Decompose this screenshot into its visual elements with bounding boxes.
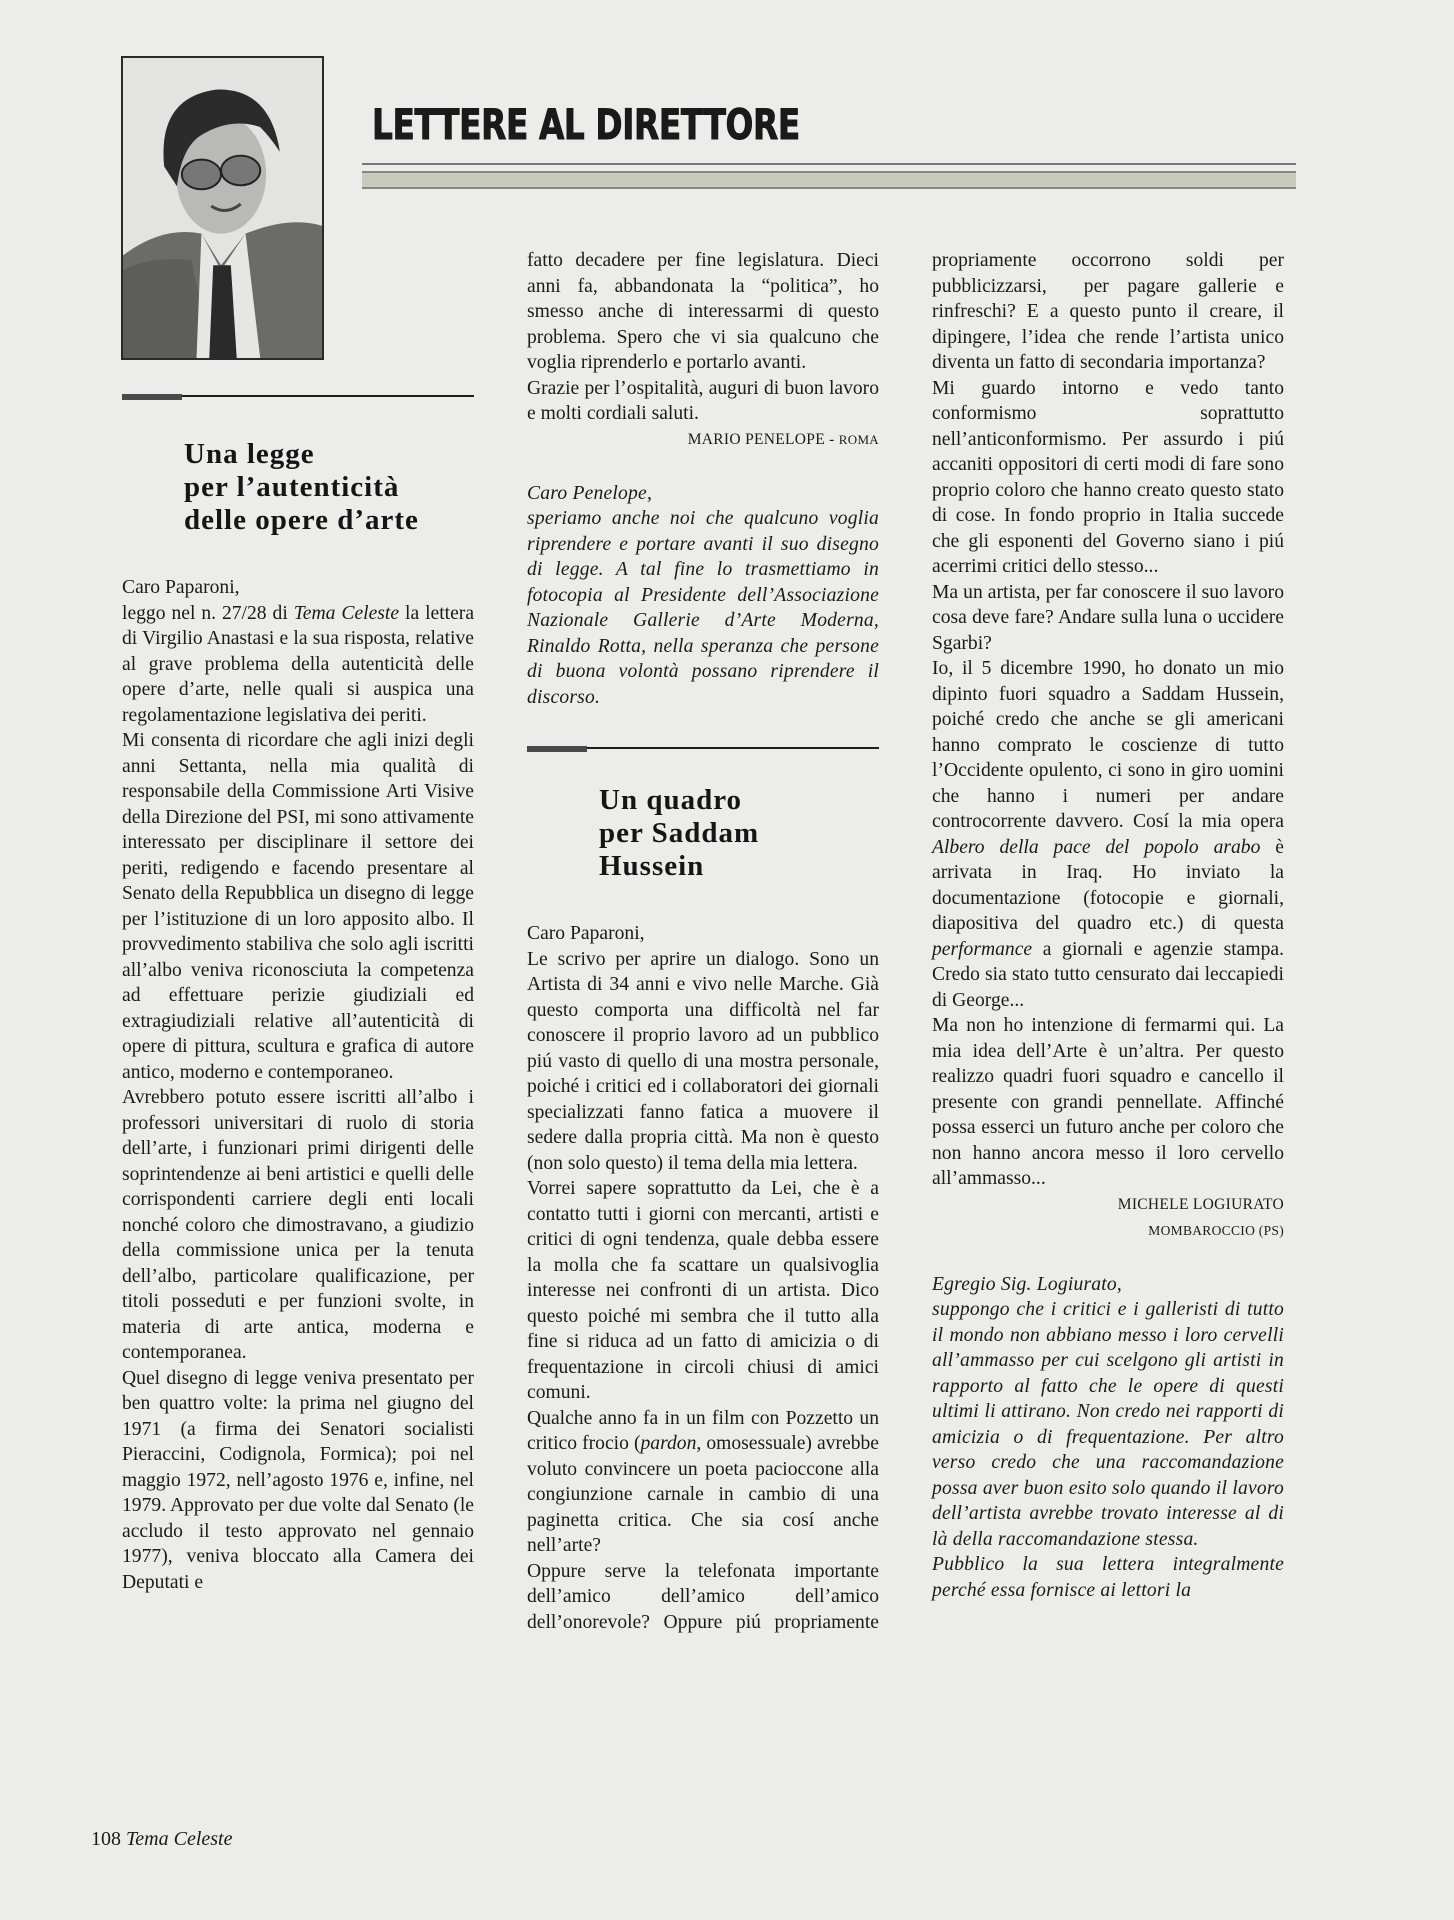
article-divider (527, 746, 879, 752)
signature-city: ROMA (839, 432, 879, 447)
signature-name: MICHELE LOGIURATO (932, 1192, 1284, 1218)
paragraph: Oppure serve la telefonata importante de… (527, 1559, 879, 1635)
paragraph: Quel disegno di legge veniva presentato … (122, 1366, 474, 1596)
salutation: Caro Paparoni, (122, 575, 474, 601)
artwork-title: Albero della pace del popolo arabo (932, 837, 1260, 858)
reply-salutation: Egregio Sig. Logiurato, (932, 1272, 1284, 1298)
signature-letter-2: MICHELE LOGIURATO MOMBAROCCIO (PS) (932, 1192, 1284, 1244)
paragraph: leggo nel n. 27/28 di Tema Celeste la le… (122, 601, 474, 729)
portrait-photo (121, 56, 324, 360)
headline-line: per Saddam (599, 817, 879, 850)
signature-city: MOMBAROCCIO (PS) (932, 1218, 1284, 1244)
paragraph: Qualche anno fa in un film con Pozzetto … (527, 1406, 879, 1559)
article-divider (122, 394, 474, 400)
magazine-title: Tema Celeste (294, 603, 399, 624)
paragraph: propriamente occorrono soldi per pubblic… (932, 248, 1284, 376)
page-folio: 108 Tema Celeste (91, 1828, 232, 1851)
magazine-name: Tema Celeste (126, 1828, 232, 1850)
paragraph: Mi guardo intorno e vedo tanto conformis… (932, 376, 1284, 580)
paragraph: Mi consenta di ricordare che agli inizi … (122, 728, 474, 1085)
title-bar-decoration (362, 171, 1296, 189)
paragraph: Avrebbero potuto essere iscritti all’alb… (122, 1085, 474, 1366)
headline-line: Una legge (184, 438, 474, 471)
paragraph: Vorrei sapere soprattutto da Lei, che è … (527, 1176, 879, 1406)
headline-line: Un quadro (599, 784, 879, 817)
reply-salutation: Caro Penelope, (527, 481, 879, 507)
paragraph: fatto decadere per fine legislatura. Die… (527, 248, 879, 376)
salutation: Caro Paparoni, (527, 921, 879, 947)
headline-line: delle opere d’arte (184, 504, 474, 537)
column-3: propriamente occorrono soldi per pubblic… (932, 248, 1284, 1603)
headline-letter-2: Un quadro per Saddam Hussein (599, 784, 879, 883)
section-title: LETTERE AL DIRETTORE (372, 100, 800, 149)
portrait-illustration-icon (123, 58, 322, 358)
paragraph: Le scrivo per aprire un dialogo. Sono un… (527, 947, 879, 1177)
reply-body: suppongo che i critici e i galleristi di… (932, 1297, 1284, 1552)
headline-line: Hussein (599, 850, 879, 883)
title-rule (362, 163, 1296, 165)
headline-letter-1: Una legge per l’autenticità delle opere … (184, 438, 474, 537)
reply-body: speriamo anche noi che qualcuno voglia r… (527, 506, 879, 710)
column-1: Una legge per l’autenticità delle opere … (122, 394, 474, 1595)
headline-line: per l’autenticità (184, 471, 474, 504)
paragraph: Io, il 5 dicembre 1990, ho donato un mio… (932, 656, 1284, 1013)
paragraph: Ma non ho intenzione di fermarmi qui. La… (932, 1013, 1284, 1192)
signature-name: MARIO PENELOPE (688, 431, 825, 448)
paragraph: Ma un artista, per far conoscere il suo … (932, 580, 1284, 657)
page-number: 108 (91, 1828, 121, 1850)
paragraph: Grazie per l’ospitalità, auguri di buon … (527, 376, 879, 427)
reply-body: Pubblico la sua lettera integralmente pe… (932, 1552, 1284, 1603)
signature-letter-1: MARIO PENELOPE - ROMA (527, 427, 879, 453)
column-2: fatto decadere per fine legislatura. Die… (527, 248, 879, 1635)
